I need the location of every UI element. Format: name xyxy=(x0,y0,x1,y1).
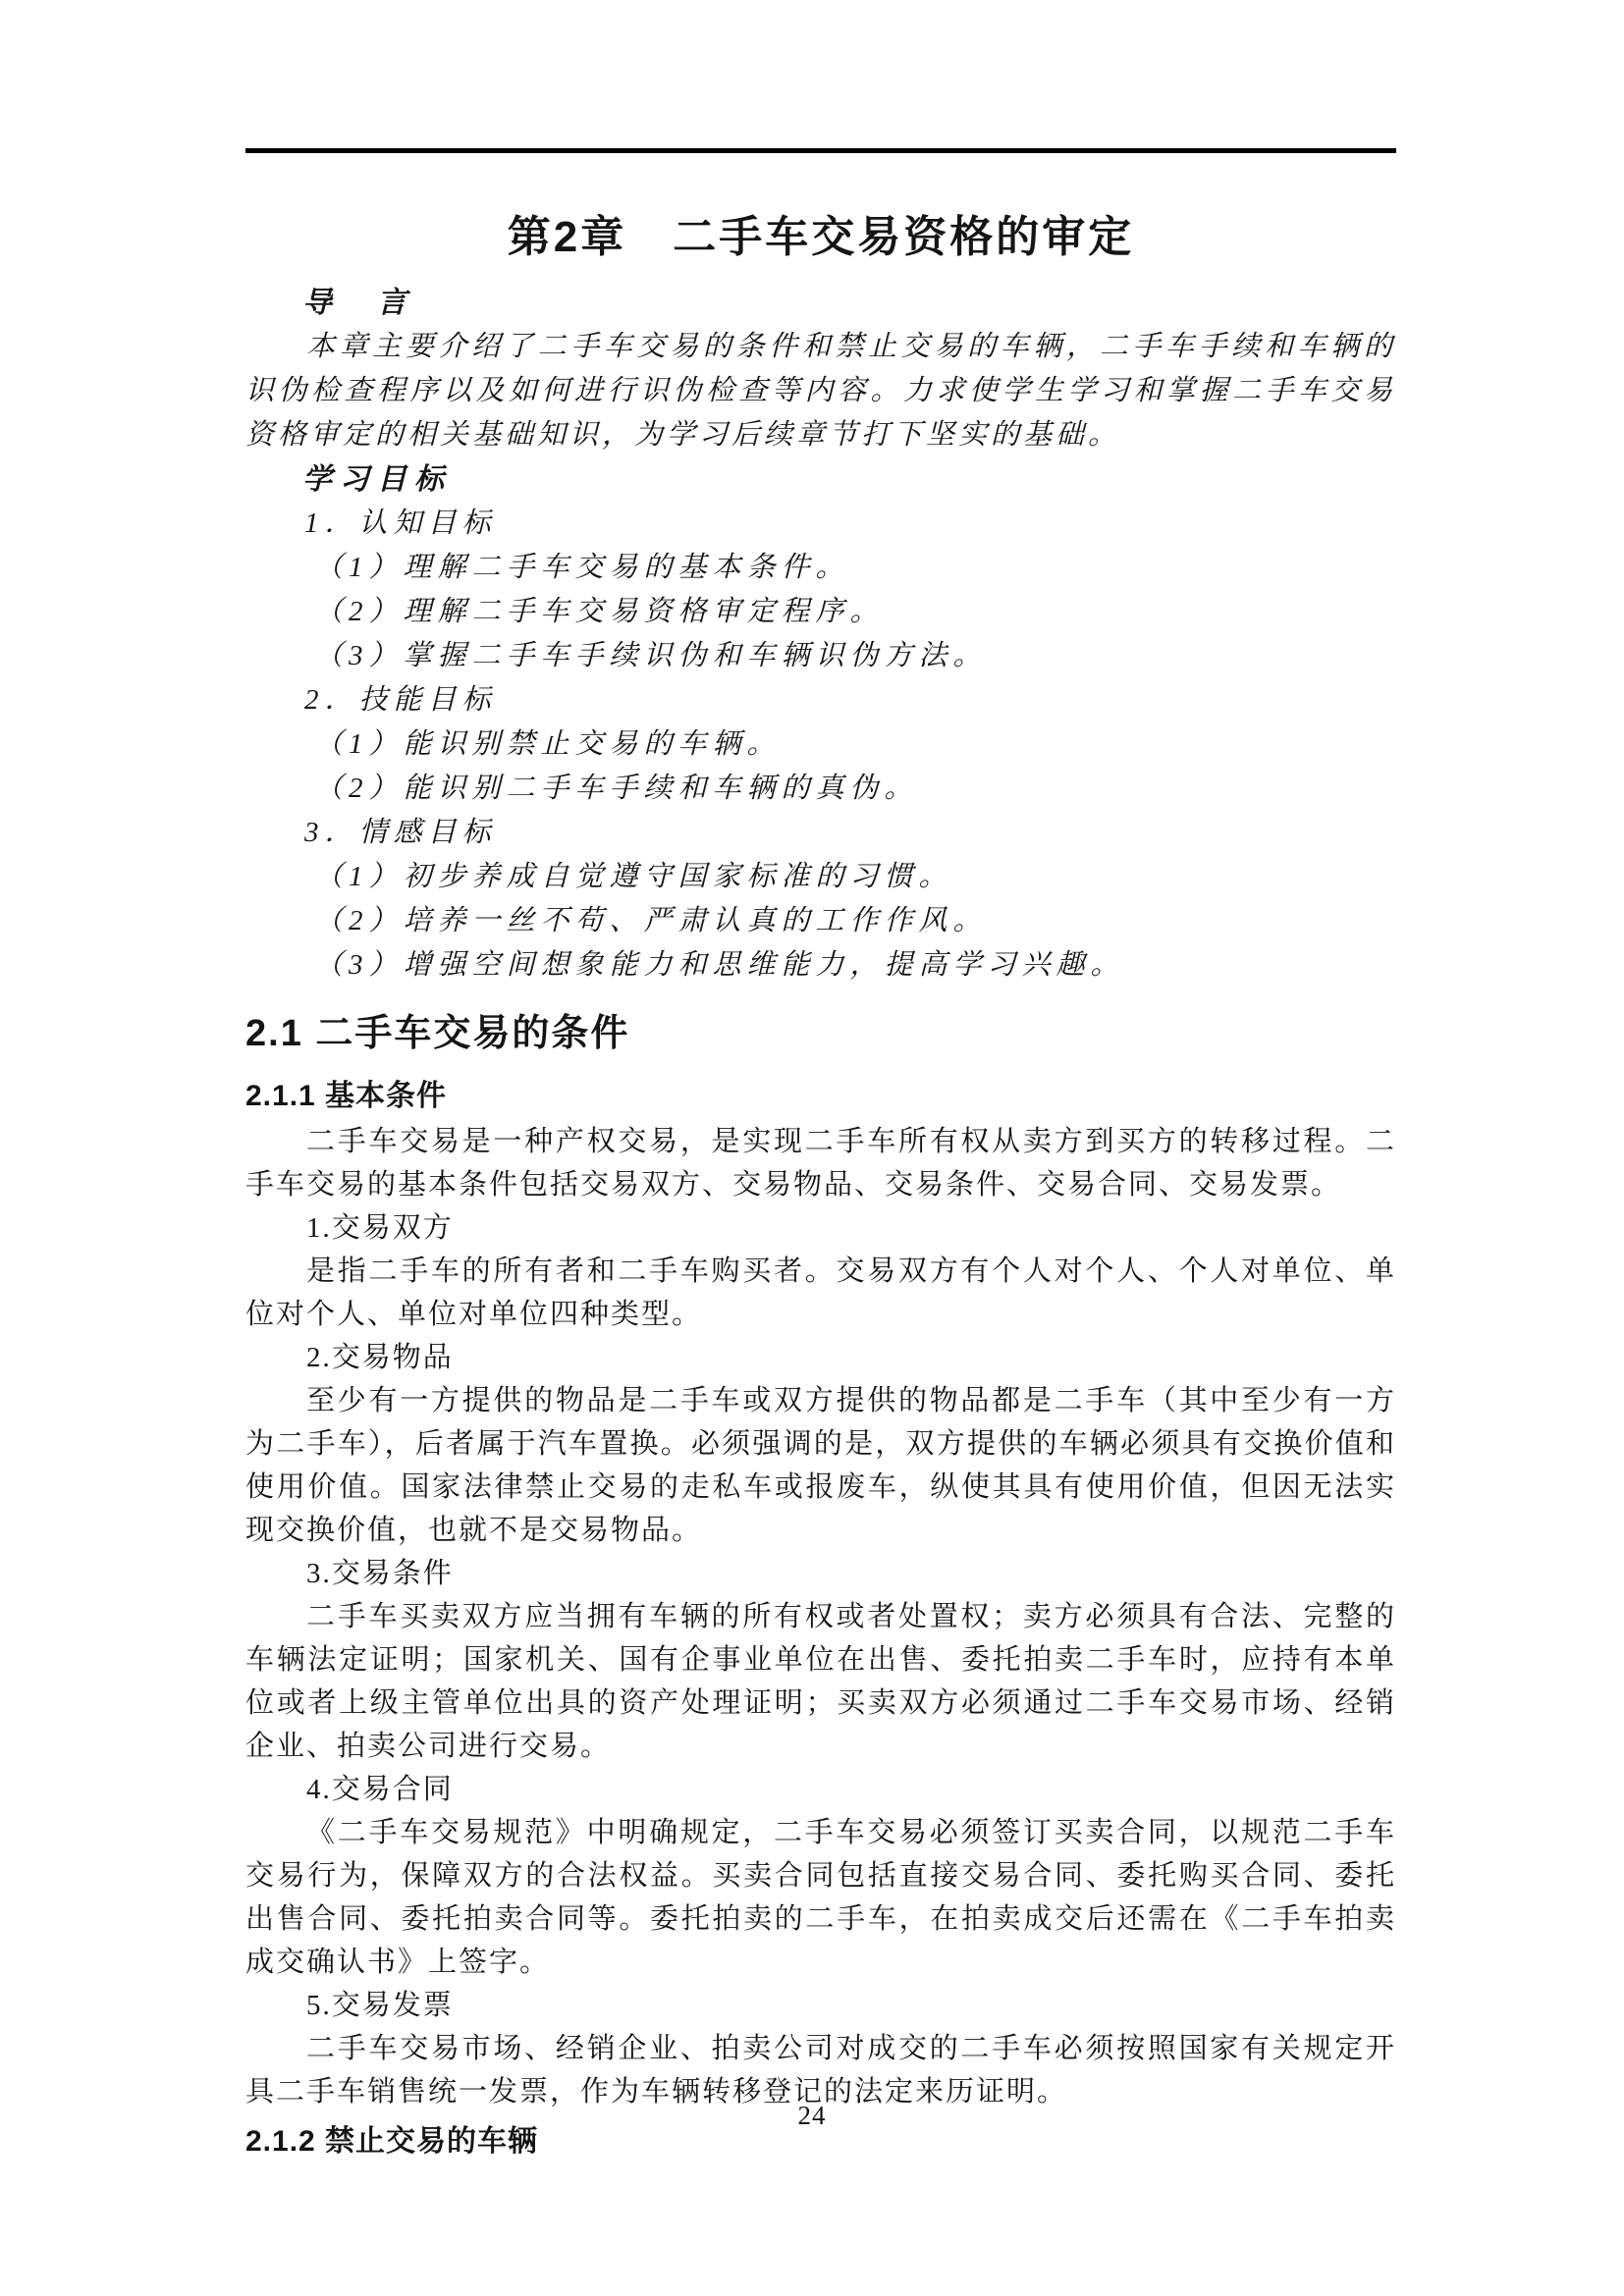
objective-line: 1．认知目标 xyxy=(245,502,1396,546)
objective-line: 3．情感目标 xyxy=(245,811,1396,855)
chapter-title: 第2章 二手车交易资格的审定 xyxy=(245,212,1396,263)
objective-line: （2）培养一丝不苟、严肃认真的工作作风。 xyxy=(245,899,1396,943)
objective-line: （2）理解二手车交易资格审定程序。 xyxy=(245,590,1396,634)
item-subheading: 3.交易条件 xyxy=(245,1552,1396,1595)
body-paragraph: 至少有一方提供的物品是二手车或双方提供的物品都是二手车（其中至少有一方为二手车）… xyxy=(245,1379,1396,1552)
body-paragraph: 二手车交易是一种产权交易，是实现二手车所有权从卖方到买方的转移过程。二手车交易的… xyxy=(245,1120,1396,1206)
objective-line: （2）能识别二手车手续和车辆的真伪。 xyxy=(245,767,1396,811)
item-subheading: 5.交易发票 xyxy=(245,1984,1396,2027)
item-subheading: 4.交易合同 xyxy=(245,1768,1396,1811)
section-2-1-1-heading: 2.1.1 基本条件 xyxy=(245,1074,1396,1118)
objective-line: （3）掌握二手车手续识伪和车辆识伪方法。 xyxy=(245,634,1396,678)
item-subheading: 1.交易双方 xyxy=(245,1206,1396,1250)
header-rule xyxy=(245,148,1396,153)
section-2-1-1-content: 二手车交易是一种产权交易，是实现二手车所有权从卖方到买方的转移过程。二手车交易的… xyxy=(245,1120,1396,2113)
body-paragraph: 是指二手车的所有者和二手车购买者。交易双方有个人对个人、个人对单位、单位对个人、… xyxy=(245,1250,1396,1336)
body-paragraph: 二手车买卖双方应当拥有车辆的所有权或者处置权；卖方必须具有合法、完整的车辆法定证… xyxy=(245,1595,1396,1768)
objective-line: （1）理解二手车交易的基本条件。 xyxy=(245,546,1396,590)
objectives-heading: 学习目标 xyxy=(245,457,1396,502)
intro-paragraph: 本章主要介绍了二手车交易的条件和禁止交易的车辆，二手车手续和车辆的识伪检查程序以… xyxy=(245,325,1396,457)
item-subheading: 2.交易物品 xyxy=(245,1336,1396,1379)
objective-line: （1）初步养成自觉遵守国家标准的习惯。 xyxy=(245,855,1396,899)
intro-heading: 导 言 xyxy=(245,281,1396,325)
page-number: 24 xyxy=(798,2101,827,2130)
page-content: 第2章 二手车交易资格的审定 导 言 本章主要介绍了二手车交易的条件和禁止交易的… xyxy=(0,148,1624,2163)
page-footer: 24 xyxy=(0,2101,1624,2131)
body-paragraph: 《二手车交易规范》中明确规定，二手车交易必须签订买卖合同，以规范二手车交易行为，… xyxy=(245,1811,1396,1984)
objective-line: （1）能识别禁止交易的车辆。 xyxy=(245,722,1396,767)
document-page: 第2章 二手车交易资格的审定 导 言 本章主要介绍了二手车交易的条件和禁止交易的… xyxy=(0,0,1624,2296)
section-2-1-heading: 2.1 二手车交易的条件 xyxy=(245,1007,1396,1060)
objective-line: 2．技能目标 xyxy=(245,678,1396,722)
objective-line: （3）增强空间想象能力和思维能力，提高学习兴趣。 xyxy=(245,943,1396,988)
objectives-list: 1．认知目标（1）理解二手车交易的基本条件。（2）理解二手车交易资格审定程序。（… xyxy=(245,502,1396,988)
